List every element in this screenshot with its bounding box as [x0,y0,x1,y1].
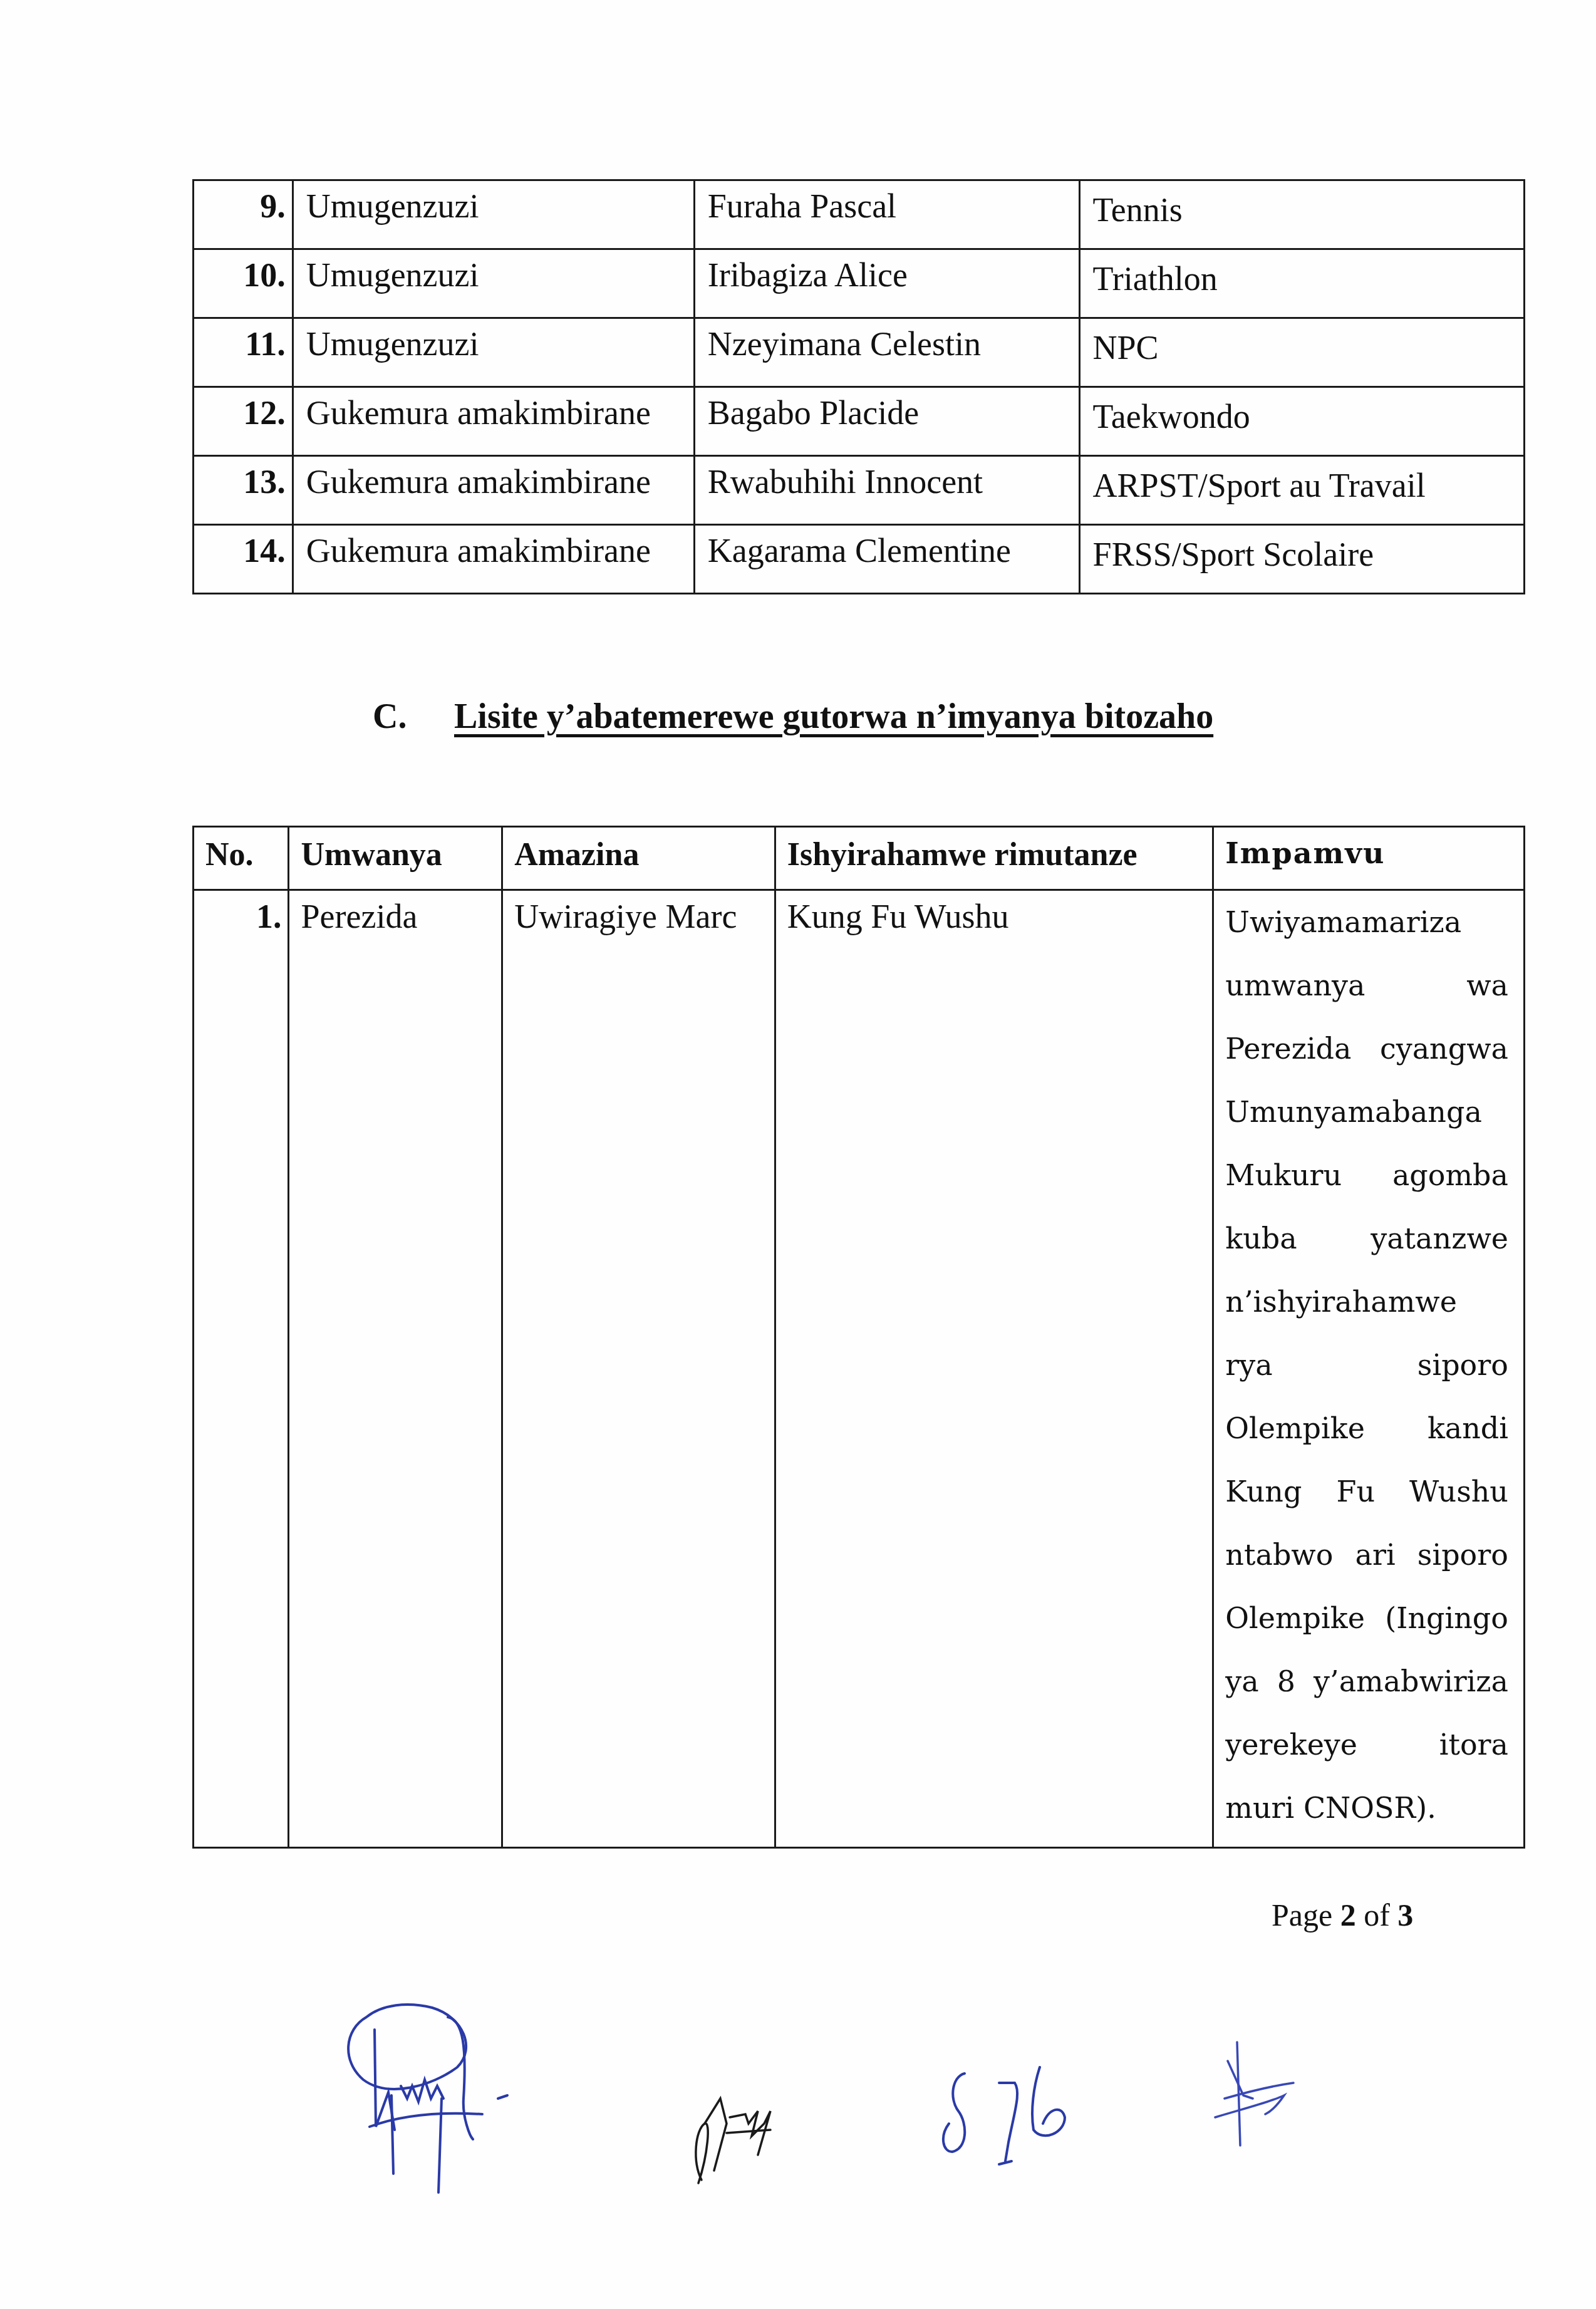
row-name: Kagarama Clementine [694,525,1079,594]
row-reason-cell: Uwiyamamariza umwanya wa Perezida cyangw… [1213,890,1525,1848]
row-federation: ARPST/Sport au Travail [1079,456,1524,525]
row-name: Furaha Pascal [694,180,1079,249]
rejected-candidates-table: No. Umwanya Amazina Ishyirahamwe rimutan… [192,826,1525,1849]
row-position: Perezida [289,890,502,1848]
page-of: of [1364,1897,1390,1933]
table-row: 12. Gukemura amakimbirane Bagabo Placide… [194,387,1525,456]
table-row: 9. Umugenzuzi Furaha Pascal Tennis [194,180,1525,249]
page-total: 3 [1397,1897,1413,1933]
row-number: 13. [194,456,293,525]
signature-1-icon [338,1992,601,2205]
table-row: 11. Umugenzuzi Nzeyimana Celestin NPC [194,318,1525,387]
page-label: Page [1272,1897,1332,1933]
signature-3-icon [940,2061,1140,2180]
table-row: 13. Gukemura amakimbirane Rwabuhihi Inno… [194,456,1525,525]
row-reason: Uwiyamamariza umwanya wa Perezida cyangw… [1225,891,1512,1840]
header-no: No. [194,827,289,890]
page-number: Page 2 of 3 [1272,1897,1413,1933]
header-position: Umwanya [289,827,502,890]
signature-2-icon [676,2086,808,2186]
row-name: Nzeyimana Celestin [694,318,1079,387]
row-name: Bagabo Placide [694,387,1079,456]
page-current: 2 [1340,1897,1356,1933]
row-number: 11. [194,318,293,387]
table-row: 1. Perezida Uwiragiye Marc Kung Fu Wushu… [194,890,1525,1848]
row-number: 9. [194,180,293,249]
table-header-row: No. Umwanya Amazina Ishyirahamwe rimutan… [194,827,1525,890]
officials-table-continuation: 9. Umugenzuzi Furaha Pascal Tennis 10. U… [192,179,1525,594]
row-federation: FRSS/Sport Scolaire [1079,525,1524,594]
row-name: Rwabuhihi Innocent [694,456,1079,525]
section-letter: C. [373,697,454,737]
row-role: Gukemura amakimbirane [293,525,694,594]
row-number: 10. [194,249,293,318]
signatures-area [338,1992,1315,2205]
row-number: 12. [194,387,293,456]
table-row: 14. Gukemura amakimbirane Kagarama Cleme… [194,525,1525,594]
signature-4-icon [1209,2036,1322,2149]
section-title: Lisite y’abatemerewe gutorwa n’imyanya b… [454,697,1213,737]
row-role: Gukemura amakimbirane [293,387,694,456]
row-name: Iribagiza Alice [694,249,1079,318]
row-federation: NPC [1079,318,1524,387]
header-name: Amazina [502,827,775,890]
row-name: Uwiragiye Marc [502,890,775,1848]
row-number: 14. [194,525,293,594]
row-federation: Taekwondo [1079,387,1524,456]
row-number: 1. [194,890,289,1848]
row-federation: Triathlon [1079,249,1524,318]
row-role: Umugenzuzi [293,180,694,249]
row-role: Umugenzuzi [293,249,694,318]
document-page: 9. Umugenzuzi Furaha Pascal Tennis 10. U… [0,0,1596,2309]
row-role: Gukemura amakimbirane [293,456,694,525]
header-federation: Ishyirahamwe rimutanze [775,827,1213,890]
row-role: Umugenzuzi [293,318,694,387]
section-c-heading: C. Lisite y’abatemerewe gutorwa n’imyany… [373,697,1213,737]
row-federation: Tennis [1079,180,1524,249]
table-row: 10. Umugenzuzi Iribagiza Alice Triathlon [194,249,1525,318]
header-reason: Impamvu [1213,827,1525,890]
row-federation: Kung Fu Wushu [775,890,1213,1848]
